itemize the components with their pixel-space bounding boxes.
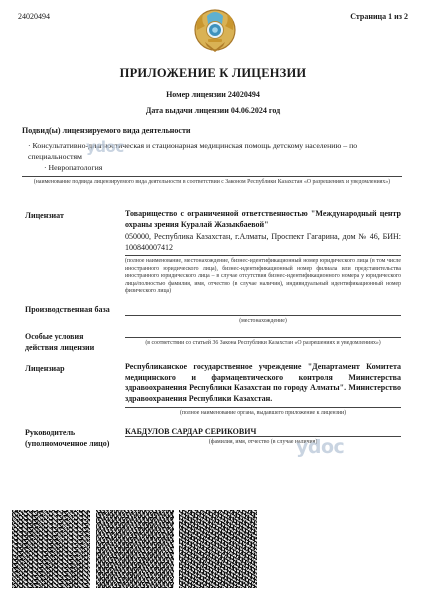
divider [125,407,401,408]
state-emblem-icon [193,6,237,54]
licensor-name: Республиканское государственное учрежден… [125,362,401,404]
subtypes-note: (наименование подвида лицензируемого вид… [22,179,402,187]
watermark: ydoc [296,436,344,458]
qr-code-icon [96,510,174,588]
page-title: ПРИЛОЖЕНИЕ К ЛИЦЕНЗИИ [0,66,426,81]
licensee-label: Лицензиат [25,210,64,221]
special-conditions-line [125,337,401,338]
qr-code-icon [179,510,257,588]
license-issue-date: Дата выдачи лицензии 04.06.2024 год [0,106,426,115]
head-name: КАБДУЛОВ САРДАР СЕРИКОВИЧ [125,427,256,436]
special-conditions-label: Особые условия действия лицензии [25,331,115,353]
document-number: 24020494 [18,12,50,21]
licensor-label: Лицензиар [25,363,65,374]
divider [125,255,401,256]
licensor-note: (полное наименование органа, выдавшего п… [125,410,401,418]
licensee-address: 050000, Республика Казахстан, г.Алматы, … [125,232,401,253]
qr-code-icon [12,510,90,588]
watermark: ydoc [86,138,124,156]
divider [22,176,402,177]
licensee-note: (полное наименование, местонахождение, б… [125,258,401,296]
head-note: (фамилия, имя, отчество (в случае наличи… [125,439,401,447]
production-base-label: Производственная база [25,304,110,315]
license-number: Номер лицензии 24020494 [0,90,426,99]
subtype-item: · Невропатология [44,163,102,172]
subtypes-heading: Подвид(ы) лицензируемого вида деятельнос… [22,126,191,135]
page-indicator: Страница 1 из 2 [350,12,408,21]
divider [125,436,401,437]
licensee-name: Товарищество с ограниченной ответственно… [125,209,401,230]
subtype-item: · Консультативно-диагностическая и стаци… [28,141,398,162]
head-label: Руководитель (уполномоченное лицо) [25,427,125,449]
special-conditions-note: (в соответствии со статьей 36 Закона Рес… [125,340,401,348]
production-base-note: (местонахождение) [125,318,401,326]
production-base-line [125,315,401,316]
